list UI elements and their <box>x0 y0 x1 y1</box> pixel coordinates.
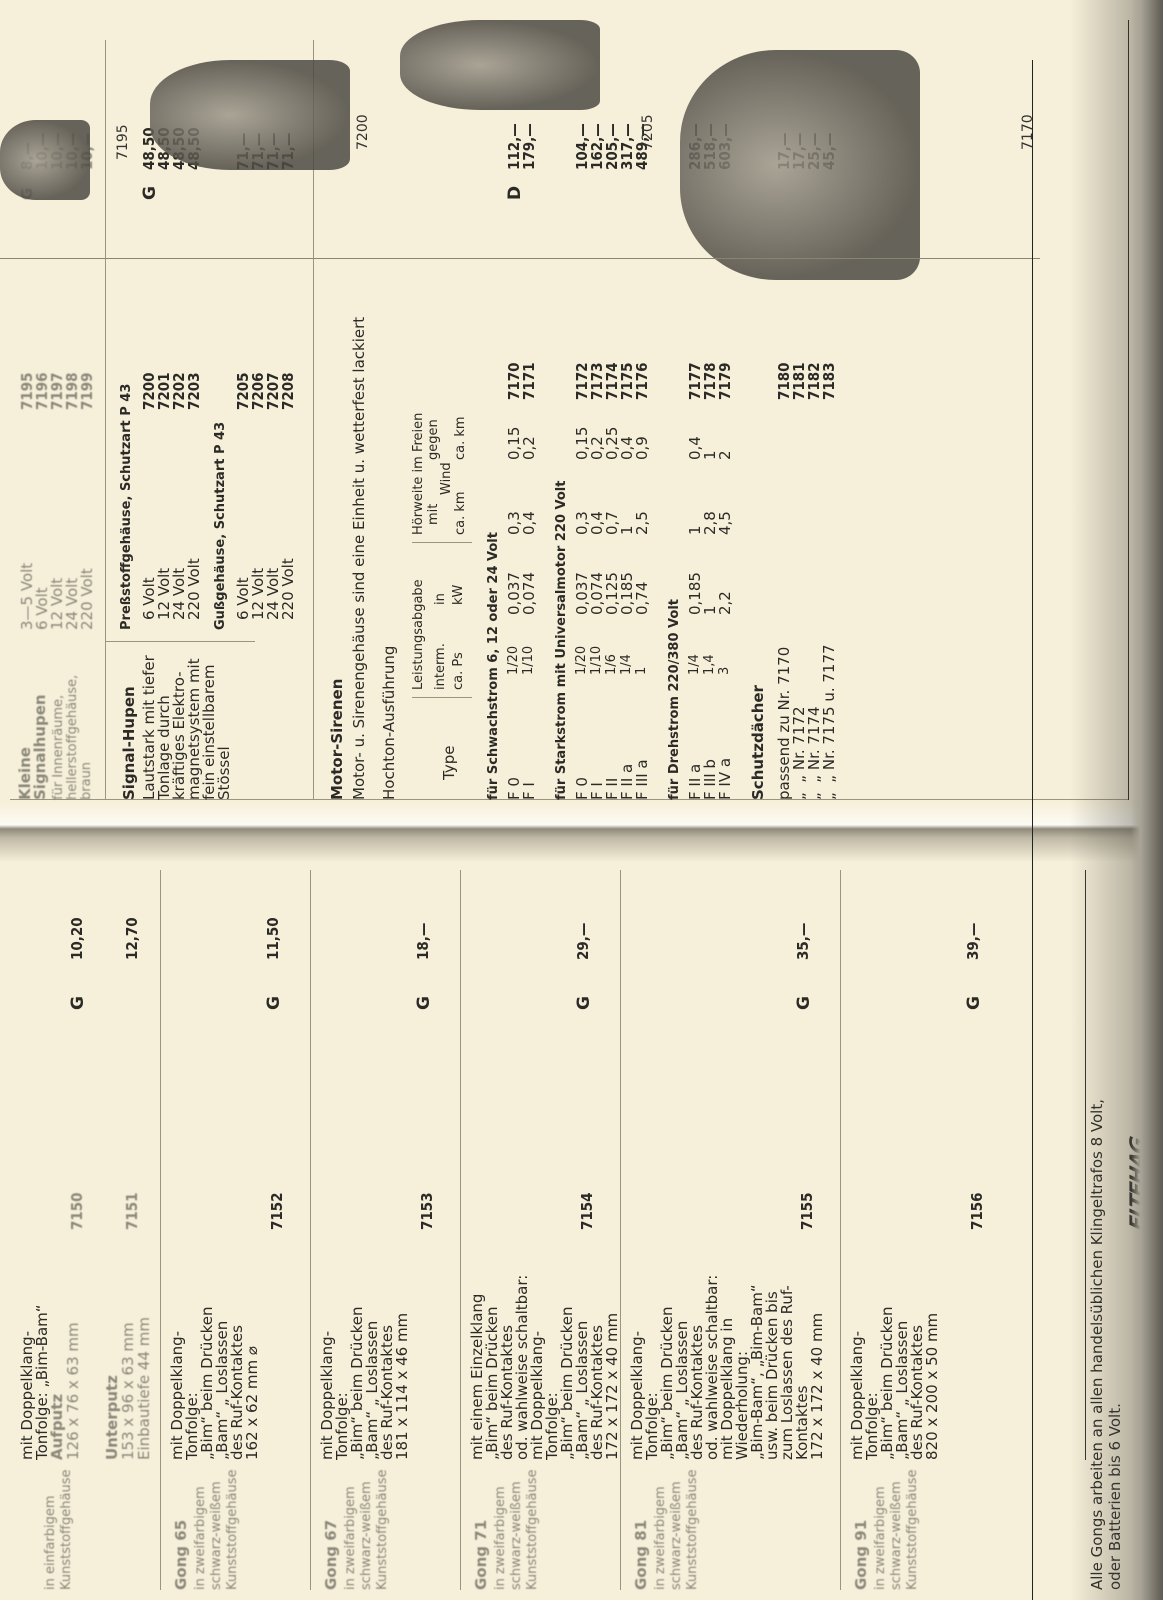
article-number: 7151 <box>125 1192 141 1230</box>
gong-name: Gong 81 <box>634 1520 650 1590</box>
description-line: 820 x 200 x 50 mm <box>925 1313 941 1460</box>
gong-entry: Gong 67in zweifarbigemschwarz-weißemKuns… <box>310 870 460 1590</box>
gong-entry: Gong 71in zweifarbigemschwarz-weißemKuns… <box>460 870 620 1590</box>
housing-line: in einfarbigem <box>44 1496 58 1591</box>
header-ca-km-2: ca. km <box>454 416 468 460</box>
range-against-wind: 0,9 <box>635 436 651 460</box>
signal-hupen-title: Signal-Hupen <box>122 686 138 800</box>
ps: 1/10 <box>590 646 604 675</box>
divider <box>620 870 621 1590</box>
price: 10,20 <box>70 917 86 960</box>
footnote-line-1: Alle Gongs arbeiten an allen handelsübli… <box>1090 1099 1106 1590</box>
article-number: 7176 <box>635 362 651 400</box>
kleine-desc: für Innenräume, <box>52 695 66 800</box>
price-code: G <box>416 996 434 1010</box>
price-code: G <box>142 186 160 200</box>
range-with-wind: 2,5 <box>635 511 651 535</box>
type: F I <box>522 782 538 800</box>
housing-line: Kunststoffgehäuse <box>60 1470 74 1590</box>
header-leistung: Leistungsabgabe <box>412 579 426 690</box>
group-heading: für Starkstrom mit Universalmotor 220 Vo… <box>555 481 569 800</box>
kleine-title: Signalhupen <box>33 694 49 800</box>
price-code: G <box>576 996 594 1010</box>
divider <box>412 542 472 543</box>
variant-dims: 126 x 76 x 63 mm <box>66 1322 82 1460</box>
ps: 1/4 <box>620 654 634 675</box>
article-number: 7154 <box>580 1192 596 1230</box>
image-caption: 7205 <box>640 114 656 150</box>
price: 12,70 <box>125 917 141 960</box>
housing-line: in zweifarbigem <box>654 1486 668 1590</box>
housing-line: schwarz-weißem <box>890 1481 904 1590</box>
divider <box>160 870 161 1590</box>
signal-horn-7200-image <box>150 60 350 170</box>
range-with-wind: 0,4 <box>522 511 538 535</box>
variant-extra: Einbautiefe 44 mm <box>137 1317 153 1460</box>
description-line: 172 x 172 x 40 mm <box>810 1313 826 1460</box>
volt: 220 Volt <box>187 558 203 620</box>
kleine-desc: braun <box>80 762 94 800</box>
ps: 1/6 <box>605 654 619 675</box>
price: 11,50 <box>266 917 282 960</box>
schutzdach-text: „ „ Nr. 7175 u. 7177 <box>822 644 838 800</box>
article-number: 7171 <box>522 362 538 400</box>
volt: 220 Volt <box>80 568 96 630</box>
page-edge <box>1131 0 1163 1600</box>
range-against-wind: 0,2 <box>522 436 538 460</box>
header-ca-km-1: ca. km <box>454 491 468 535</box>
housing-line: schwarz-weißem <box>360 1481 374 1590</box>
variant: Hochton-Ausführung <box>382 646 398 800</box>
housing-line: schwarz-weißem <box>210 1481 224 1590</box>
housing-line: Kunststoffgehäuse <box>226 1470 240 1590</box>
gong-entry: Gong 65in zweifarbigemschwarz-weißemKuns… <box>160 870 310 1590</box>
housing-line: in zweifarbigem <box>874 1486 888 1590</box>
ps: 1/4 <box>688 654 702 675</box>
type: F IV a <box>718 758 734 800</box>
article-number: 7153 <box>420 1192 436 1230</box>
header-wind: Wind <box>440 462 454 495</box>
signal-horn-7195-image <box>0 120 90 200</box>
gong-name: Gong 65 <box>174 1520 190 1590</box>
schutzdaecher-title: Schutzdächer <box>751 685 767 800</box>
image-caption: 7170 <box>1020 114 1036 150</box>
housing-line: in zweifarbigem <box>494 1486 508 1590</box>
housing-line: in zweifarbigem <box>194 1486 208 1590</box>
ps: 1/20 <box>507 646 521 675</box>
kleine-desc: hellerstoffgehäuse, <box>66 675 80 800</box>
group-heading: für Schwachstrom 6, 12 oder 24 Volt <box>487 532 501 800</box>
type: F III a <box>635 759 651 800</box>
range-against-wind: 2 <box>718 450 734 460</box>
image-caption: 7195 <box>115 124 131 160</box>
volt: 220 Volt <box>281 558 297 620</box>
kw: 0,074 <box>522 572 538 615</box>
price-code: G <box>70 996 88 1010</box>
housing-line: Kunststoffgehäuse <box>376 1470 390 1590</box>
price: 179,— <box>522 123 538 170</box>
header-gegen: gegen <box>427 419 441 460</box>
price-code: G <box>966 996 984 1010</box>
article-number: 7199 <box>80 372 96 410</box>
description-line: 172 x 172 x 40 mm <box>605 1313 621 1460</box>
signal-desc: Stössel <box>217 746 233 800</box>
gong-entry: in einfarbigemKunststoffgehäusemit Doppe… <box>10 870 160 1590</box>
kw: 0,74 <box>635 582 651 615</box>
group-heading: Preßstoffgehäuse, Schutzart P 43 <box>120 384 134 630</box>
header-interm: interm. <box>434 643 448 690</box>
price: 39,— <box>966 923 982 960</box>
divider <box>460 870 461 1590</box>
divider <box>105 40 106 800</box>
article-number: 7150 <box>70 1192 86 1230</box>
article-number: 7155 <box>800 1192 816 1230</box>
description-line: 181 x 114 x 46 mm <box>395 1313 411 1460</box>
kw: 2,2 <box>718 591 734 615</box>
ps: 1,4 <box>703 654 717 675</box>
divider <box>412 697 472 698</box>
motor-sirenen-subtitle: Motor- u. Sirenengehäuse sind eine Einhe… <box>352 317 368 800</box>
price-code: G <box>796 996 814 1010</box>
housing-line: Kunststoffgehäuse <box>906 1470 920 1590</box>
article-number: 7203 <box>187 372 203 410</box>
housing-line: schwarz-weißem <box>510 1481 524 1590</box>
ps: 1 <box>635 667 649 675</box>
group-heading: für Drehstrom 220/380 Volt <box>668 599 682 800</box>
housing-line: Kunststoffgehäuse <box>526 1470 540 1590</box>
article-number: 7208 <box>281 372 297 410</box>
divider <box>310 870 311 1590</box>
ps: 3 <box>718 667 732 675</box>
range-with-wind: 4,5 <box>718 511 734 535</box>
motor-siren-7170-image <box>680 50 920 280</box>
gong-entry: Gong 81in zweifarbigemschwarz-weißemKuns… <box>620 870 840 1590</box>
header-kw: kW <box>452 585 466 605</box>
footnote-line-2: oder Batterien bis 6 Volt. <box>1108 1403 1124 1590</box>
header-hoerweite: Hörweite im Freien <box>412 413 426 535</box>
image-caption: 7200 <box>355 114 371 150</box>
housing-line: Kunststoffgehäuse <box>686 1470 700 1590</box>
divider <box>105 641 255 642</box>
article-number: 7152 <box>270 1192 286 1230</box>
left-page: in einfarbigemKunststoffgehäusemit Doppe… <box>10 870 1130 1590</box>
ps: 1/20 <box>575 646 589 675</box>
group-heading: Gußgehäuse, Schutzart P 43 <box>214 422 228 630</box>
header-mit: mit <box>427 504 441 525</box>
price: 35,— <box>796 923 812 960</box>
housing-line: schwarz-weißem <box>670 1481 684 1590</box>
housing-line: in zweifarbigem <box>344 1486 358 1590</box>
price-code: D <box>507 186 525 200</box>
gong-name: Gong 91 <box>854 1520 870 1590</box>
article-number: 7183 <box>822 362 838 400</box>
header-ca-ps: ca. Ps <box>452 652 466 690</box>
image-table-divider <box>0 258 1040 259</box>
price: 29,— <box>576 923 592 960</box>
gong-entry: Gong 91in zweifarbigemschwarz-weißemKuns… <box>840 870 1010 1590</box>
gong-name: Gong 71 <box>474 1520 490 1590</box>
motor-sirenen-title: Motor-Sirenen <box>330 679 346 800</box>
price: 18,— <box>416 923 432 960</box>
ps: 1/10 <box>522 646 536 675</box>
gong-name: Gong 67 <box>324 1520 340 1590</box>
article-number: 7156 <box>970 1192 986 1230</box>
description-line: 162 x 62 mm ⌀ <box>245 1346 261 1460</box>
catalog-spread: in einfarbigemKunststoffgehäusemit Doppe… <box>0 0 1163 1600</box>
header-type: Type <box>442 746 458 780</box>
article-number: 7179 <box>718 362 734 400</box>
divider <box>840 870 841 1590</box>
signal-horn-7205-image <box>400 20 600 110</box>
page-bottom-rule <box>1032 60 1033 1600</box>
header-in: in <box>434 593 448 605</box>
price-code: G <box>266 996 284 1010</box>
